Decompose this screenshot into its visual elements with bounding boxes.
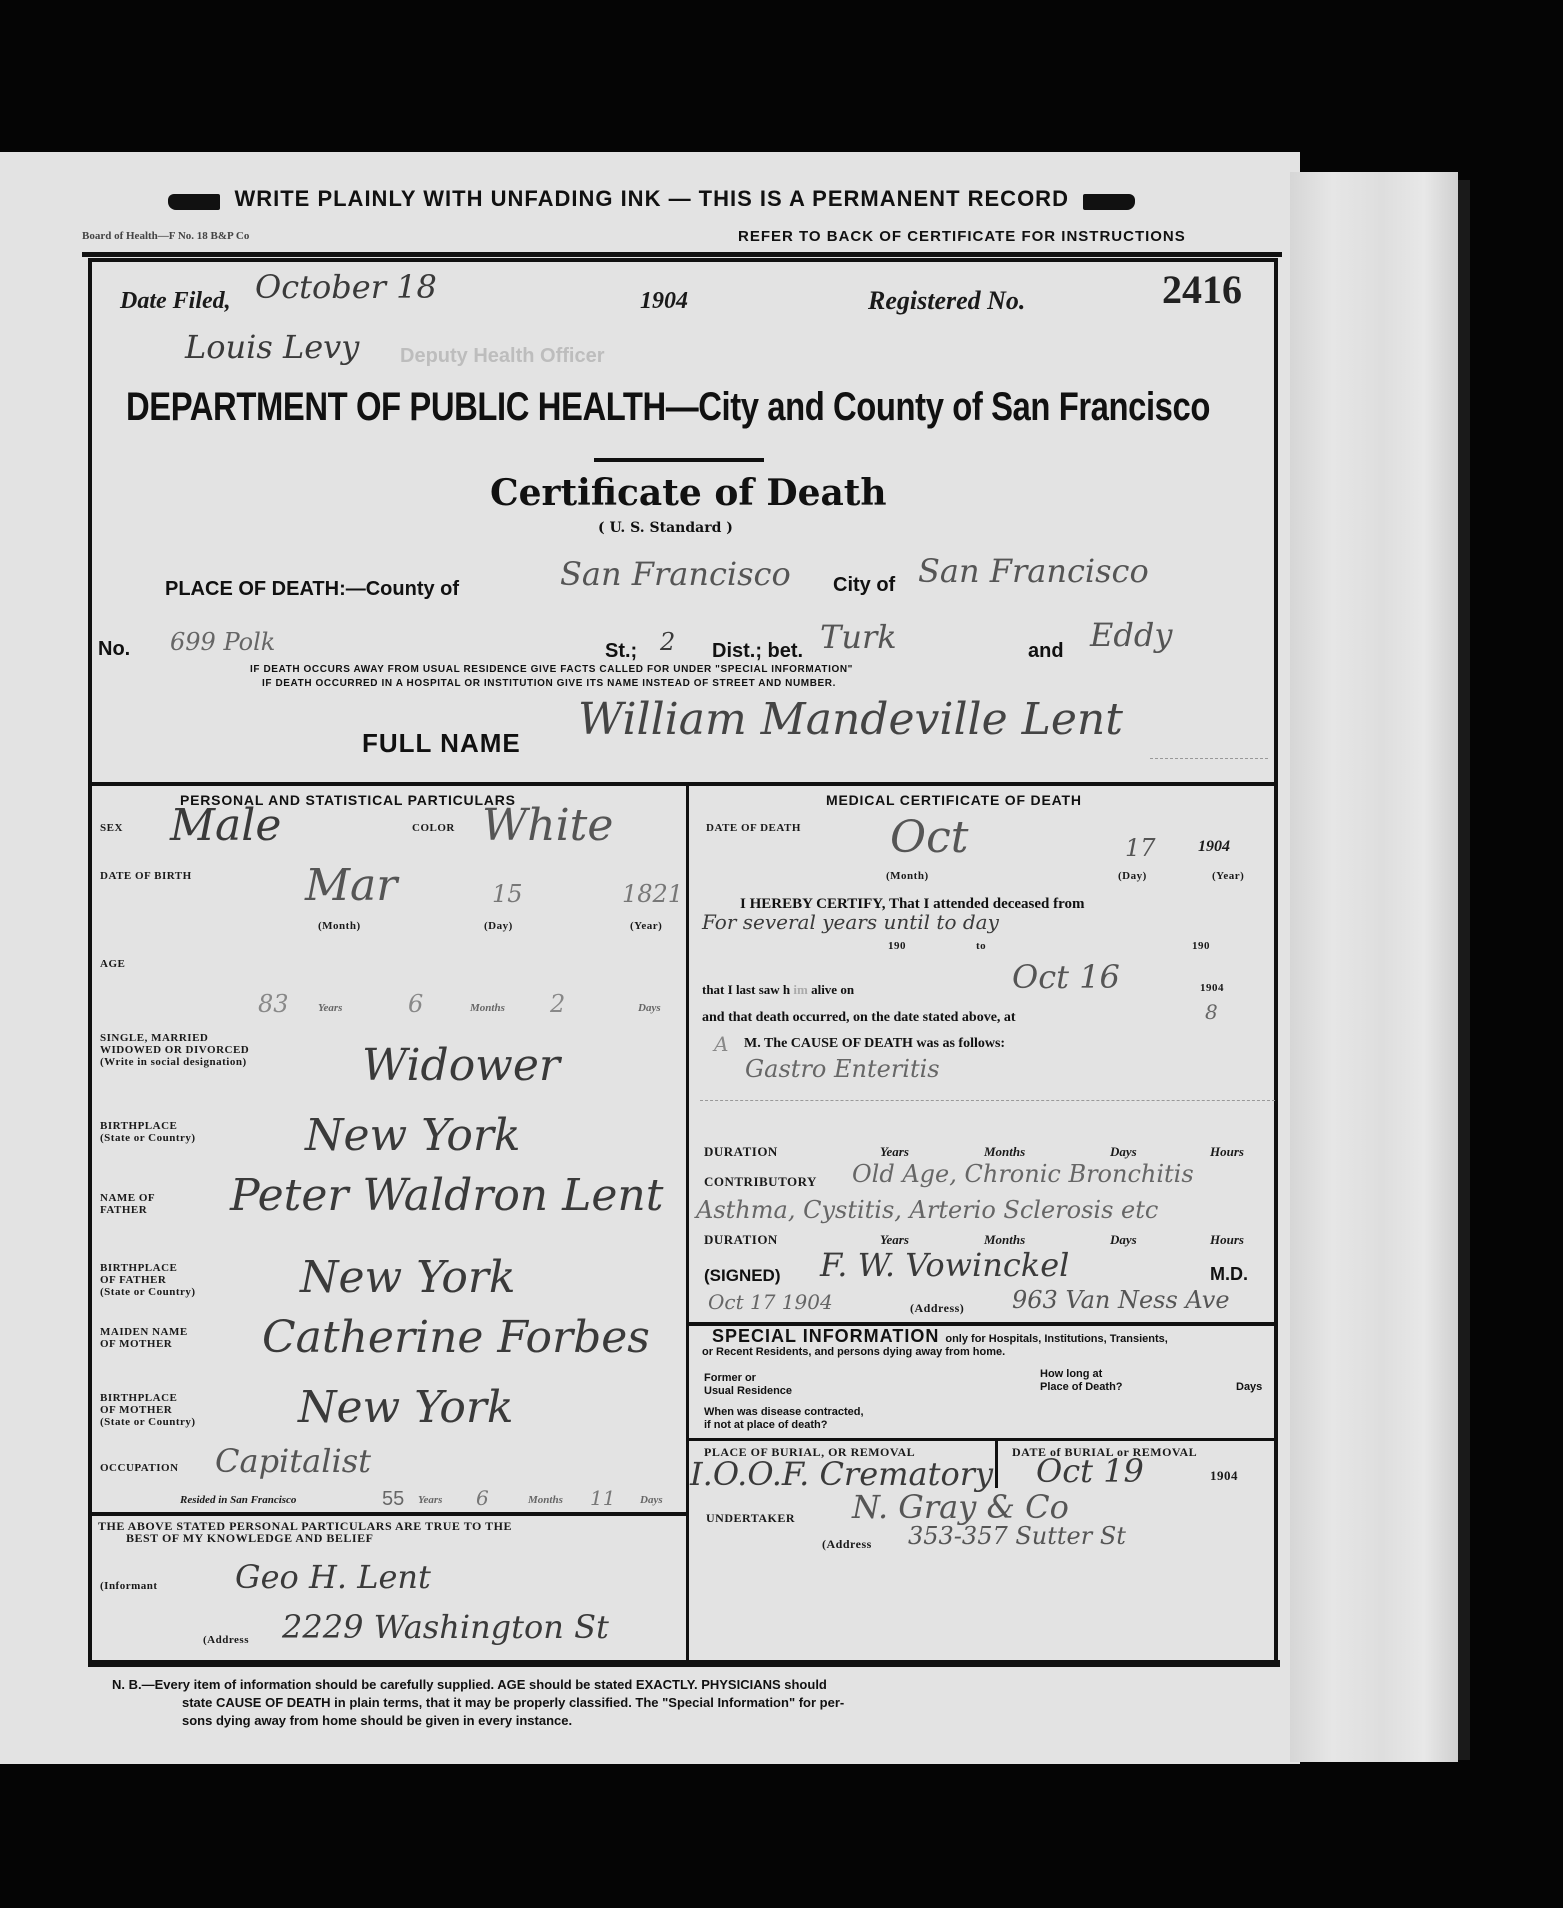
color-value: White [482, 800, 613, 851]
mother-name-label: MAIDEN NAME OF MOTHER [100, 1326, 188, 1350]
contributory-value-1: Old Age, Chronic Bronchitis [852, 1160, 1194, 1188]
duration-hours: Hours [1210, 1144, 1244, 1160]
pointing-hand-icon [1083, 194, 1135, 210]
place-of-death-label: PLACE OF DEATH:—County of [165, 578, 459, 601]
father-name-value: Peter Waldron Lent [230, 1170, 663, 1221]
duration-months: Months [984, 1144, 1025, 1160]
instructions-note: REFER TO BACK OF CERTIFICATE FOR INSTRUC… [738, 228, 1186, 245]
dob-label: DATE OF BIRTH [100, 870, 192, 882]
death-time: 8 [1205, 1000, 1218, 1024]
resided-days-caption: Days [640, 1494, 663, 1506]
age-months: 6 [408, 990, 423, 1018]
special-subtitle: or Recent Residents, and persons dying a… [702, 1346, 1005, 1358]
undertaker-value: N. Gray & Co [852, 1488, 1069, 1526]
undertaker-address-label: (Address [822, 1538, 872, 1550]
registered-number: 2416 [1162, 266, 1242, 313]
birthplace-label: BIRTHPLACE (State or Country) [100, 1120, 196, 1144]
resided-label: Resided in San Francisco [180, 1494, 296, 1506]
place-note-1: IF DEATH OCCURS AWAY FROM USUAL RESIDENC… [250, 664, 853, 675]
cause-text: M. The CAUSE OF DEATH was as follows: [744, 1036, 1005, 1052]
attended-to: to [976, 940, 986, 952]
pointing-hand-icon [168, 194, 220, 210]
informant-divider [88, 1512, 688, 1516]
dob-year-caption: (Year) [630, 920, 662, 932]
header-rule [82, 252, 1282, 257]
occupation-value: Capitalist [215, 1442, 371, 1480]
death-year: 1904 [1198, 838, 1230, 856]
cause-line [700, 1100, 1275, 1101]
age-years: 83 [258, 990, 289, 1018]
duration-years: Years [880, 1144, 909, 1160]
md-label: M.D. [1210, 1264, 1248, 1285]
informant-statement: THE ABOVE STATED PERSONAL PARTICULARS AR… [98, 1520, 512, 1544]
city-label: City of [833, 574, 895, 597]
occurred-text: and that death occurred, on the date sta… [702, 1010, 1016, 1026]
binding-shadow [1458, 180, 1470, 1760]
department-title: DEPARTMENT OF PUBLIC HEALTH—City and Cou… [126, 385, 1210, 430]
last-saw-value: Oct 16 [1012, 958, 1120, 996]
physician-address-label: (Address) [910, 1302, 964, 1314]
age-label: AGE [100, 958, 125, 970]
burial-column-divider [995, 1440, 998, 1488]
father-birthplace-label: BIRTHPLACE OF FATHER (State or Country) [100, 1262, 196, 1298]
title-underline [594, 458, 764, 462]
cause-value: Gastro Enteritis [745, 1055, 940, 1083]
street-no-label: No. [98, 638, 130, 661]
death-day-caption: (Day) [1118, 870, 1147, 882]
attended-190: 190 [888, 940, 906, 952]
st-label: St.; [605, 640, 637, 663]
form-number: Board of Health—F No. 18 B&P Co [82, 230, 249, 242]
sex-label: SEX [100, 822, 123, 834]
informant-value: Geo H. Lent [235, 1558, 431, 1596]
resided-months: 6 [476, 1486, 489, 1510]
date-filed-label: Date Filed, [120, 288, 231, 315]
attended-190b: 190 [1192, 940, 1210, 952]
informant-address-label: (Address [203, 1634, 249, 1646]
city-value: San Francisco [918, 552, 1149, 590]
attended-value: For several years until to day [702, 910, 999, 934]
place-note-2: IF DEATH OCCURRED IN A HOSPITAL OR INSTI… [262, 678, 836, 689]
marital-value: Widower [362, 1040, 560, 1091]
informant-label: (Informant [100, 1580, 158, 1592]
date-of-death-label: DATE OF DEATH [706, 822, 801, 834]
mother-birthplace-value: New York [298, 1382, 514, 1433]
burial-year: 1904 [1210, 1470, 1238, 1482]
occupation-label: OCCUPATION [100, 1462, 179, 1474]
mother-name-value: Catherine Forbes [262, 1312, 650, 1363]
signed-value: F. W. Vowinckel [820, 1246, 1069, 1284]
undertaker-label: UNDERTAKER [706, 1512, 795, 1524]
duration2-hours: Hours [1210, 1232, 1244, 1248]
medical-section-title: MEDICAL CERTIFICATE OF DEATH [826, 792, 1082, 808]
death-month-caption: (Month) [886, 870, 929, 882]
officer-title: Deputy Health Officer [400, 345, 604, 368]
header-warning: WRITE PLAINLY WITH UNFADING INK — THIS I… [168, 186, 1135, 212]
dob-month-caption: (Month) [318, 920, 361, 932]
book-binding-edge [1290, 172, 1458, 1762]
year-filed: 1904 [640, 288, 688, 315]
duration-label: DURATION [704, 1146, 778, 1158]
full-name-value: William Mandeville Lent [578, 694, 1123, 745]
full-name-label: FULL NAME [362, 728, 521, 759]
death-year-caption: (Year) [1212, 870, 1244, 882]
signed-date: Oct 17 1904 [708, 1290, 833, 1314]
former-residence-label: Former or Usual Residence [704, 1372, 792, 1398]
resided-days: 11 [590, 1486, 615, 1510]
signed-label: (SIGNED) [704, 1266, 781, 1286]
resided-months-caption: Months [528, 1494, 563, 1506]
date-filed-value: October 18 [255, 268, 437, 306]
father-birthplace-value: New York [300, 1252, 516, 1303]
column-divider [686, 784, 689, 1662]
color-label: COLOR [412, 822, 455, 834]
informant-address-value: 2229 Washington St [282, 1608, 609, 1646]
dist-value: Turk [820, 618, 897, 656]
duration-label-2: DURATION [704, 1234, 778, 1246]
special-title: SPECIAL INFORMATION only for Hospitals, … [712, 1326, 1168, 1347]
county-value: San Francisco [560, 555, 791, 593]
father-name-label: NAME OF FATHER [100, 1192, 155, 1216]
officer-signature: Louis Levy [185, 328, 359, 366]
dist-label: Dist.; bet. [712, 640, 803, 663]
undertaker-address-value: 353-357 Sutter St [908, 1522, 1126, 1550]
and-value: Eddy [1090, 616, 1172, 654]
contributory-label: CONTRIBUTORY [704, 1176, 817, 1188]
birthplace-value: New York [305, 1110, 521, 1161]
age-days: 2 [550, 990, 565, 1018]
dob-year: 1821 [622, 880, 683, 908]
age-days-caption: Days [638, 1002, 661, 1014]
physician-address-value: 963 Van Ness Ave [1012, 1286, 1230, 1314]
nb-line-2: state CAUSE OF DEATH in plain terms, tha… [182, 1694, 844, 1711]
days-label: Days [1236, 1381, 1262, 1393]
contributory-value-2: Asthma, Cystitis, Arterio Sclerosis etc [696, 1196, 1158, 1224]
dob-day: 15 [492, 880, 523, 908]
section-divider [88, 782, 1278, 786]
registered-label: Registered No. [868, 286, 1025, 316]
disease-contracted-label: When was disease contracted, if not at p… [704, 1406, 864, 1432]
duration-days: Days [1110, 1144, 1137, 1160]
nb-line-3: sons dying away from home should be give… [182, 1712, 572, 1729]
last-saw-label: that I last saw h im alive on [702, 982, 854, 998]
death-day: 17 [1125, 834, 1156, 862]
resided-years-caption: Years [418, 1494, 442, 1506]
and-label: and [1028, 640, 1064, 663]
dob-month: Mar [305, 860, 397, 911]
age-months-caption: Months [470, 1002, 505, 1014]
street-no-value: 699 Polk [170, 628, 275, 656]
burial-divider [688, 1438, 1278, 1441]
resided-years: 55 [382, 1488, 404, 1511]
full-name-underline [1150, 758, 1268, 759]
us-standard: ( U. S. Standard ) [598, 520, 733, 536]
death-month: Oct [890, 812, 968, 863]
duration2-days: Days [1110, 1232, 1137, 1248]
death-ampm: A [714, 1032, 728, 1056]
last-saw-year: 1904 [1200, 982, 1224, 994]
dob-day-caption: (Day) [484, 920, 513, 932]
burial-date-value: Oct 19 [1036, 1452, 1144, 1490]
how-long-label: How long at Place of Death? [1040, 1368, 1123, 1394]
certificate-title: Certificate of Death [490, 472, 887, 514]
sex-value: Male [170, 800, 281, 851]
marital-label: SINGLE, MARRIED WIDOWED OR DIVORCED (Wri… [100, 1032, 249, 1068]
nb-line-1: N. B.—Every item of information should b… [112, 1676, 827, 1693]
age-years-caption: Years [318, 1002, 342, 1014]
form-bottom-rule [88, 1660, 1280, 1667]
st-value: 2 [660, 628, 675, 656]
mother-birthplace-label: BIRTHPLACE OF MOTHER (State or Country) [100, 1392, 196, 1428]
